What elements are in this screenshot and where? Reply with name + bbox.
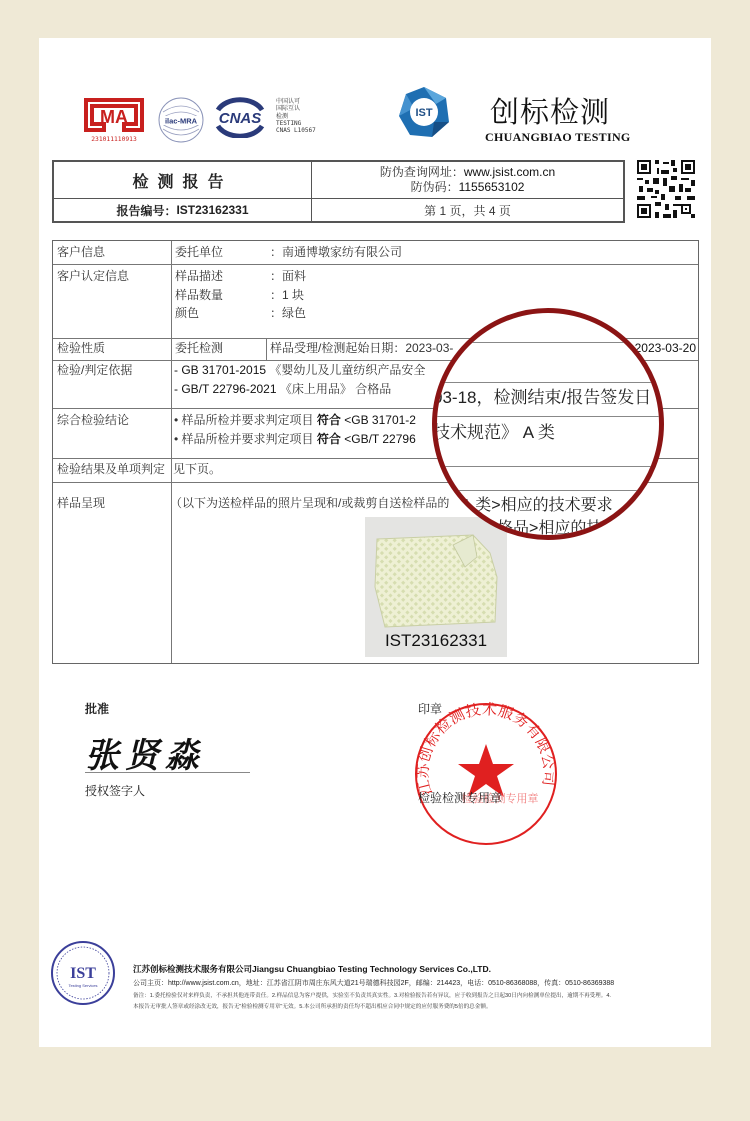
- conclusion-item-2: • 样品所检并要求判定项目 符合 <GB/T 22796: [174, 430, 416, 448]
- client-info-value: ：南通博墩家纺有限公司: [270, 243, 402, 261]
- magnified-conclusion-2: 合格品>相应的技: [481, 515, 602, 538]
- svg-text:231011110913: 231011110913: [91, 136, 137, 143]
- company-seal-icon: 江苏创标检测技术服务有限公司 检验检测专用章: [412, 700, 560, 848]
- anti-fake-code: 1155653102: [459, 180, 525, 194]
- footer-note-1: 备注：1.委托检验仅对来样负责，不承担其他连带责任。2.样品信息为客户提供，实验…: [133, 991, 611, 999]
- report-number: 报告编号：IST23162331: [54, 199, 312, 221]
- results-value: 见下页。: [173, 460, 221, 478]
- sample-photo: IST23162331: [365, 517, 507, 657]
- cnas-logo-icon: CNAS: [210, 96, 270, 138]
- svg-text:Testing Services: Testing Services: [68, 983, 97, 988]
- signature: 张贤淼: [85, 728, 205, 777]
- sample-desc-value: ：面料: [270, 267, 306, 285]
- conclusion-item-1: • 样品所检并要求判定项目 符合 <GB 31701-2: [174, 411, 416, 429]
- report-header-table: 检测报告 防伪查询网址：www.jsist.com.cn 防伪码：1155653…: [52, 160, 625, 223]
- signature-line: [85, 772, 250, 773]
- cnas-caption: 中国认可 国际互认 检测 TESTING CNAS L10567: [276, 98, 316, 134]
- report-title: 检测报告: [54, 162, 312, 199]
- ilac-mra-logo-icon: ilac-MRA: [157, 96, 205, 144]
- sample-qty-value: ：1 块: [270, 286, 304, 304]
- sample-note: （以下为送检样品的照片呈现和/或裁剪自送检样品的: [170, 494, 449, 512]
- seal-caption: 检验检测专用章: [418, 789, 502, 806]
- sample-photo-label: IST23162331: [365, 631, 507, 651]
- test-date-text: 样品受理/检测起始日期：2023-03-: [270, 339, 453, 357]
- magnified-conclusion-1: A 类>相应的技术要求: [461, 492, 613, 515]
- footer-company: 江苏创标检测技术服务有限公司Jiangsu Chuangbiao Testing…: [133, 963, 491, 975]
- svg-text:IST: IST: [415, 107, 432, 119]
- sample-desc-field: 样品描述: [175, 267, 223, 285]
- anti-fake-info: 防伪查询网址：www.jsist.com.cn 防伪码：1155653102: [312, 162, 623, 199]
- color-field: 颜色: [175, 304, 199, 322]
- results-label: 检验结果及单项判定: [57, 460, 165, 478]
- sample-qty-field: 样品数量: [175, 286, 223, 304]
- magnifier-callout: 03-18，检测结束/报告签发日 技术规范》 A 类 A 类>相应的技术要求 合…: [432, 308, 664, 540]
- footer-contact: 公司主页：http://www.jsist.com.cn，地址：江苏省江阴市周庄…: [133, 978, 614, 988]
- standard-item-1: - GB 31701-2015 《婴幼儿及儿童纺织产品安全: [174, 361, 425, 379]
- sample-label: 样品呈现: [57, 494, 105, 512]
- ist-logo-icon: IST: [396, 84, 452, 140]
- page-info: 第 1 页，共 4 页: [312, 199, 623, 221]
- brand-name-en: CHUANGBIAO TESTING: [485, 130, 631, 145]
- cma-logo-icon: MA 231011110913: [80, 96, 148, 144]
- svg-text:MA: MA: [100, 107, 128, 127]
- qr-code-icon[interactable]: [635, 158, 697, 220]
- approve-label: 批准: [85, 700, 109, 717]
- signer-label: 授权签字人: [85, 782, 145, 799]
- color-value: ：绿色: [270, 304, 306, 322]
- svg-text:IST: IST: [70, 965, 96, 982]
- client-info-label: 客户信息: [57, 243, 105, 261]
- test-nature-value: 委托检测: [175, 339, 223, 357]
- footer-seal-icon: IST Testing Services: [50, 940, 116, 1006]
- client-info-field: 委托单位: [175, 243, 223, 261]
- svg-text:ilac-MRA: ilac-MRA: [165, 117, 198, 126]
- brand-name-cn: 创标检测: [490, 90, 610, 131]
- standards-label: 检验/判定依据: [57, 361, 132, 379]
- anti-fake-url[interactable]: www.jsist.com.cn: [464, 165, 555, 179]
- test-nature-label: 检验性质: [57, 339, 105, 357]
- conclusion-label: 综合检验结论: [57, 411, 129, 429]
- svg-text:CNAS: CNAS: [219, 110, 262, 127]
- footer-note-2: 本报告无审批人签章或经涂改无效，报告无"检验检测专用章"无效。5.本公司所承担的…: [133, 1002, 492, 1010]
- magnified-date-text: 03-18，检测结束/报告签发日: [433, 383, 651, 408]
- client-declared-label: 客户认定信息: [57, 267, 129, 285]
- magnified-standard-text: 技术规范》 A 类: [433, 418, 555, 443]
- standard-item-2: - GB/T 22796-2021 《床上用品》 合格品: [174, 380, 391, 398]
